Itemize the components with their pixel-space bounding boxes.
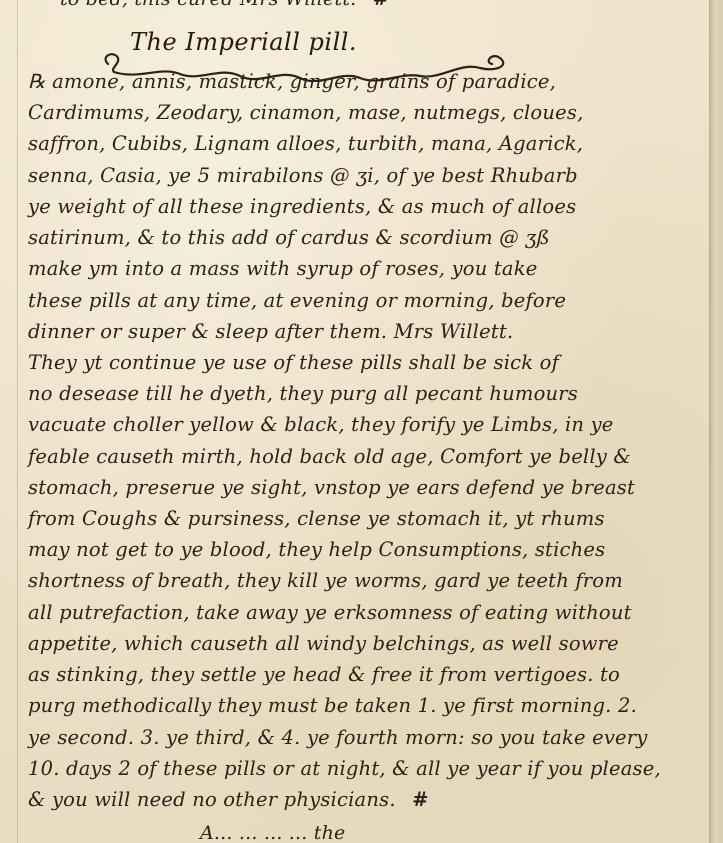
text-line: satirinum, & to this add of cardus & sco…: [28, 226, 550, 249]
text-line-final: & you will need no other physicians. #: [28, 788, 429, 811]
text-line: purg methodically they must be taken 1. …: [28, 694, 637, 717]
text-line: may not get to ye blood, they help Consu…: [28, 538, 605, 561]
header-line: to bed, this cured Mrs Willett. #: [60, 0, 389, 10]
text-line: these pills at any time, at evening or m…: [28, 289, 566, 312]
text-line: shortness of breath, they kill ye worms,…: [28, 569, 623, 592]
hash-mark-icon: #: [373, 0, 389, 10]
text-line: appetite, which causeth all windy belchi…: [28, 632, 619, 655]
next-recipe-partial: A... ... ... ... the: [200, 822, 345, 843]
page-gutter: [709, 0, 723, 843]
text-line: vacuate choller yellow & black, they for…: [28, 413, 614, 436]
text-line: ye second. 3. ye third, & 4. ye fourth m…: [28, 726, 648, 749]
text-line: all putrefaction, take away ye erksomnes…: [28, 601, 632, 624]
text-line: Cardimums, Zeodary, cinamon, mase, nutme…: [28, 101, 583, 124]
text-line: They yt continue ye use of these pills s…: [28, 351, 559, 374]
text-line: saffron, Cubibs, Lignam alloes, turbith,…: [28, 132, 583, 155]
text-line: no desease till he dyeth, they purg all …: [28, 382, 578, 405]
text-line: from Coughs & pursiness, clense ye stoma…: [28, 507, 605, 530]
text-line: make ym into a mass with syrup of roses,…: [28, 257, 538, 280]
header-line-text: to bed, this cured Mrs Willett.: [60, 0, 356, 10]
hash-mark-icon: #: [412, 788, 429, 811]
text-line: 10. days 2 of these pills or at night, &…: [28, 757, 661, 780]
text-line: senna, Casia, ye 5 mirabilons @ ʒi, of y…: [28, 164, 578, 187]
text-line: feable causeth mirth, hold back old age,…: [28, 445, 631, 468]
text-line: as stinking, they settle ye head & free …: [28, 663, 620, 686]
text-line: stomach, preserue ye sight, vnstop ye ea…: [28, 476, 635, 499]
margin-rule: [17, 0, 18, 843]
text-line: dinner or super & sleep after them. Mrs …: [28, 320, 513, 343]
text-line: ℞ amone, annis, mastick, ginger, grains …: [28, 70, 556, 93]
manuscript-page: to bed, this cured Mrs Willett. # The Im…: [0, 0, 710, 843]
recipe-title: The Imperiall pill.: [130, 28, 357, 56]
final-line-text: & you will need no other physicians.: [28, 788, 396, 811]
text-line: ye weight of all these ingredients, & as…: [28, 195, 576, 218]
